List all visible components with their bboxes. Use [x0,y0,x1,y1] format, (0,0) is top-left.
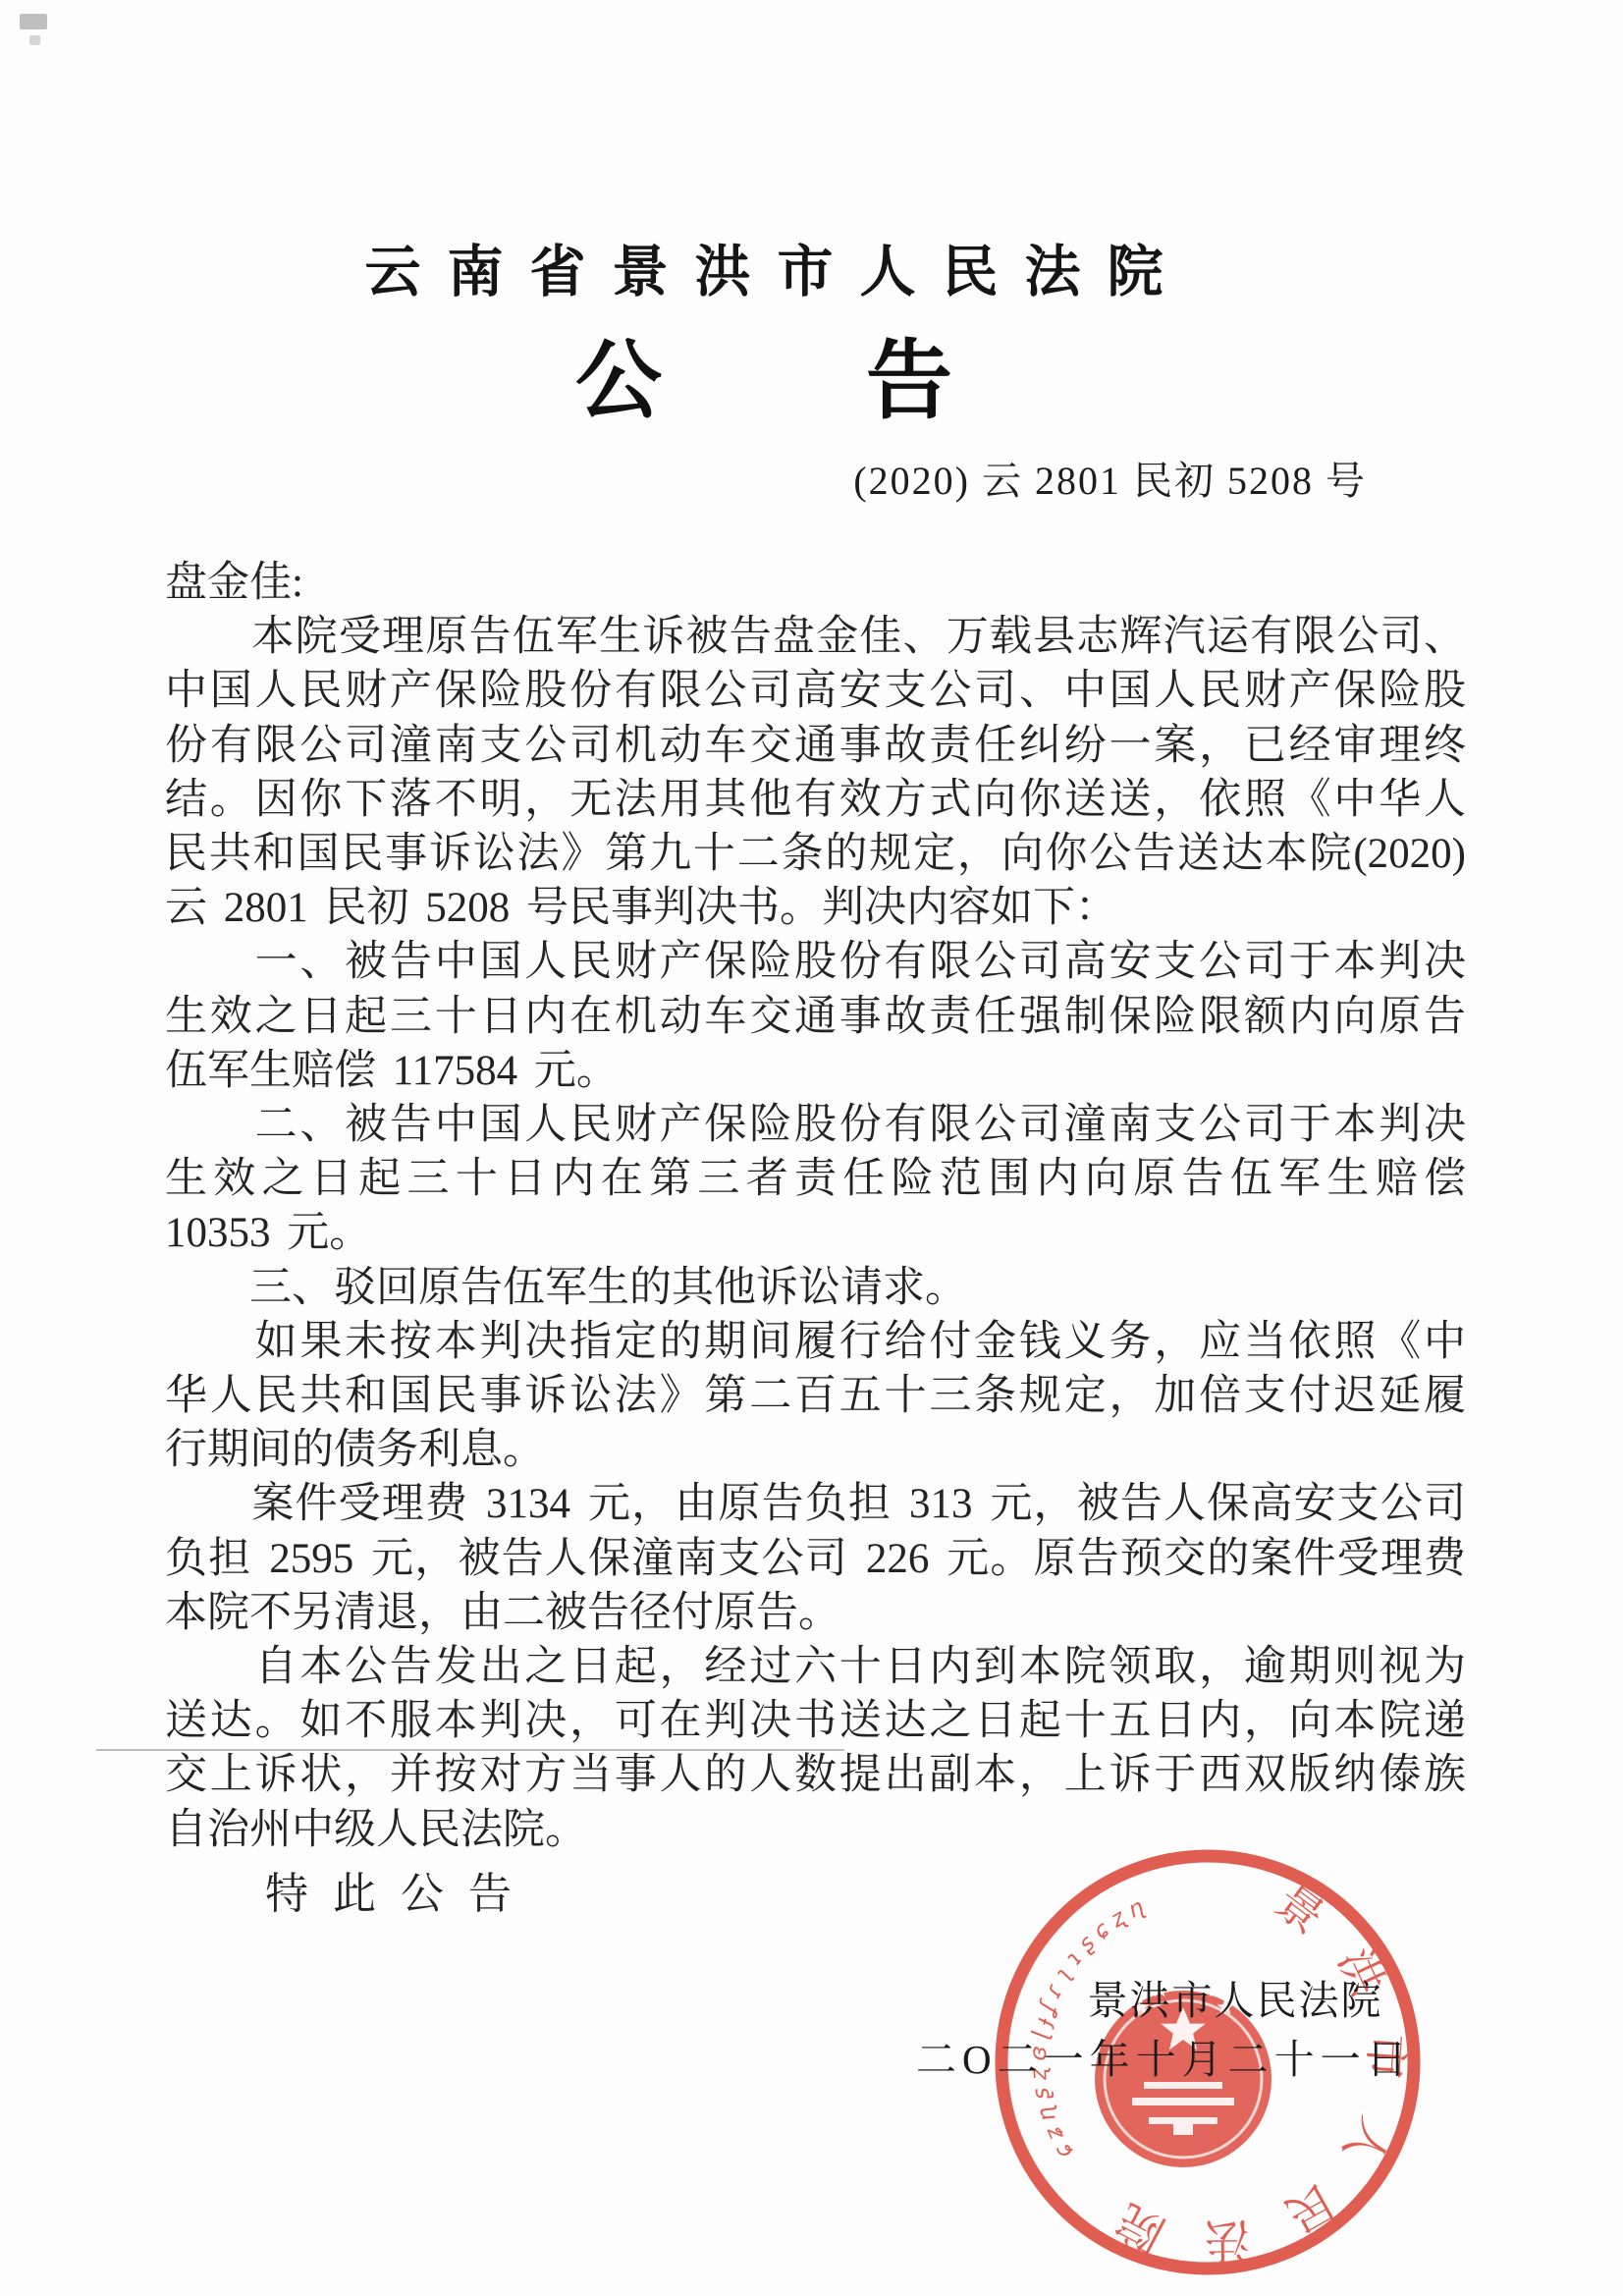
body-line: 如果未按本判决指定的期间履行给付金钱义务，应当依照《中 [165,1315,1466,1369]
body-line: 三、驳回原告伍军生的其他诉讼请求。 [165,1261,1466,1315]
signature-date: 二O二一年十月二十一日 [916,2027,1413,2085]
body-line: 盘金佳: [165,556,1466,610]
case-number: (2020) 云 2801 民初 5208 号 [0,450,1367,506]
body-line: 10353 元。 [165,1206,1466,1260]
body-line: 生效之日起三十日内在机动车交通事故责任强制保险限额内向原告 [165,990,1466,1044]
body-text: 盘金佳: 本院受理原告伍军生诉被告盘金佳、万载县志辉汽运有限公司、中国人民财产保… [165,556,1466,1857]
body-line: 自本公告发出之日起，经过六十日内到本院领取，逾期则视为 [165,1640,1466,1694]
signature-court-name: 景洪市人民法院 [1039,1968,1432,2026]
body-line: 份有限公司潼南支公司机动车交通事故责任纠纷一案，已经审理终 [165,719,1466,773]
body-line: 本院不另清退，由二被告径付原告。 [165,1586,1466,1640]
body-line: 结。因你下落不明，无法用其他有效方式向你送送，依照《中华人 [165,773,1466,827]
body-line: 行期间的债务利息。 [165,1423,1466,1477]
body-line: 中国人民财产保险股份有限公司高安支公司、中国人民财产保险股 [165,664,1466,718]
scan-artifact-smudge [29,35,40,45]
body-line: 二、被告中国人民财产保险股份有限公司潼南支公司于本判决 [165,1098,1466,1152]
body-line: 华人民共和国民事诉讼法》第二百五十三条规定，加倍支付迟延履 [165,1369,1466,1423]
body-line: 云 2801 民初 5208 号民事判决书。判决内容如下： [165,881,1466,935]
body-line: 负担 2595 元，被告人保潼南支公司 226 元。原告预交的案件受理费 [165,1532,1466,1586]
notice-title: 公 告 [0,312,1528,436]
court-title: 云南省景洪市人民法院 [0,227,1528,307]
body-line: 民共和国民事诉讼法》第九十二条的规定，向你公告送达本院(2020) [165,827,1466,881]
body-line: 案件受理费 3134 元，由原告负担 313 元，被告人保高安支公司 [165,1477,1466,1531]
closing-line: 特 此 公 告 [265,1858,512,1921]
body-line: 送达。如不服本判决，可在判决书送达之日起十五日内，向本院递 [165,1694,1466,1748]
scan-artifact-smudge [20,14,47,29]
document-page: 云南省景洪市人民法院 公 告 (2020) 云 2801 民初 5208 号 盘… [0,0,1623,2296]
body-line: 伍军生赔偿 117584 元。 [165,1044,1466,1098]
body-line: 生效之日起三十日内在第三者责任险范围内向原告伍军生赔偿 [165,1152,1466,1206]
body-line: 交上诉状，并按对方当事人的人数提出副本，上诉于西双版纳傣族 [165,1748,1466,1802]
body-line: 一、被告中国人民财产保险股份有限公司高安支公司于本判决 [165,935,1466,989]
body-line: 本院受理原告伍军生诉被告盘金佳、万载县志辉汽运有限公司、 [165,610,1466,664]
